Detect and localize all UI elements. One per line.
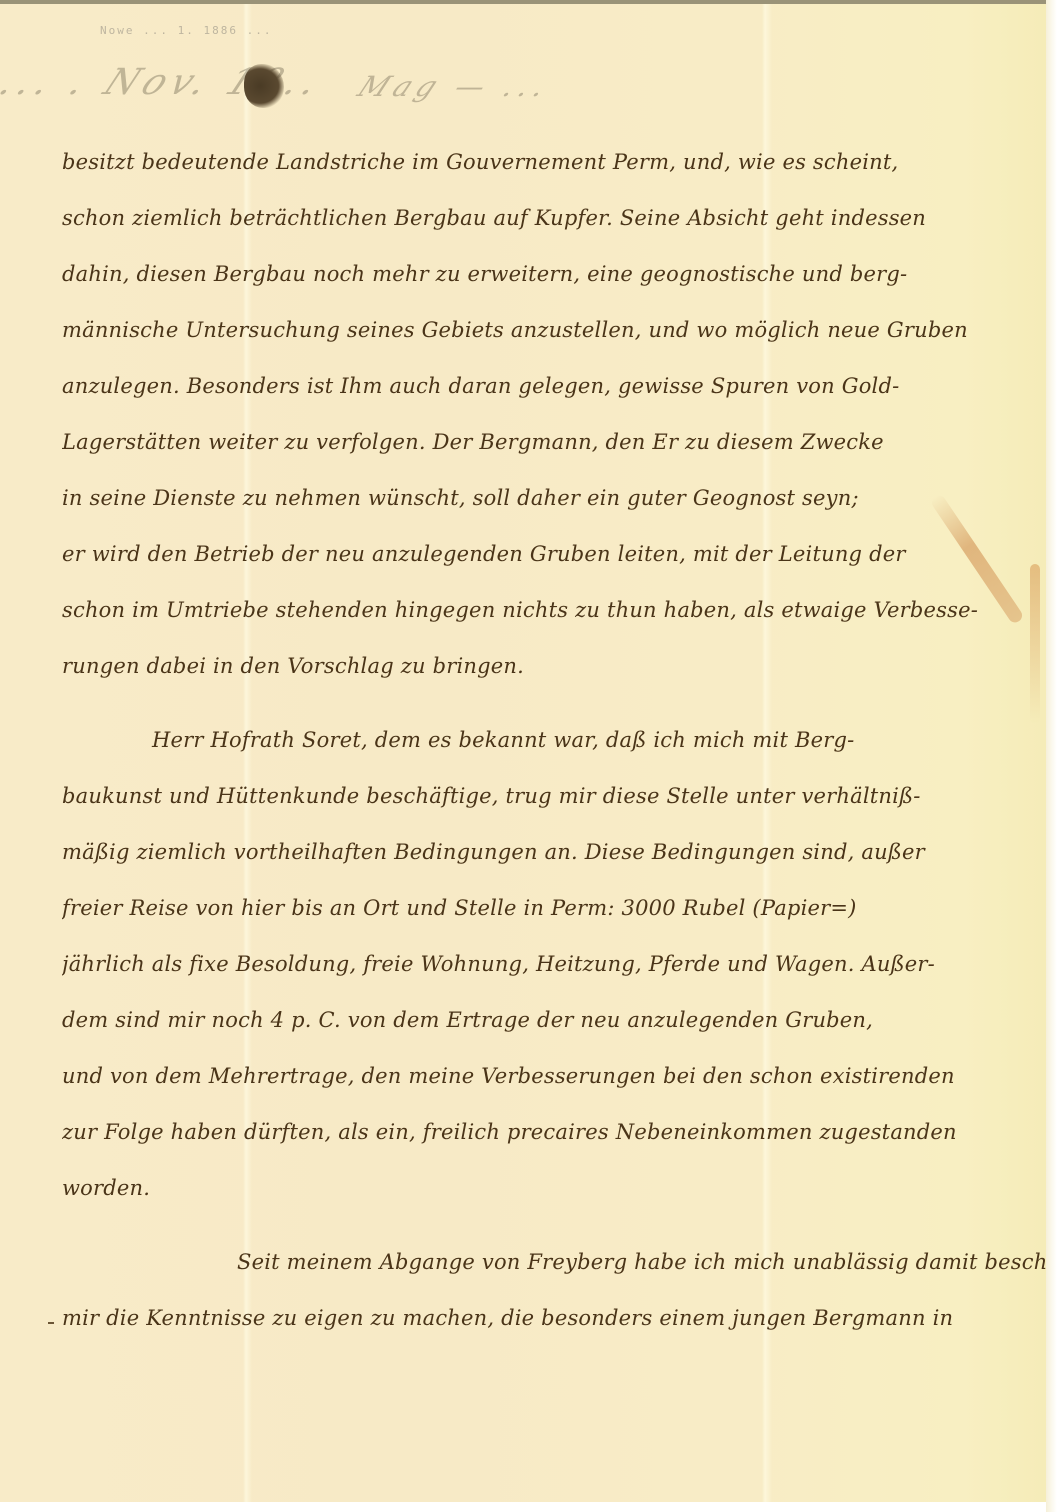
bleed-through-header: ... . Nov. 18.. Mag — ...	[0, 62, 1064, 112]
letter-line: mir die Kenntnisse zu eigen zu machen, d…	[62, 1290, 1052, 1346]
letter-line: rungen dabei in den Vorschlag zu bringen…	[62, 638, 1052, 694]
letter-line: freier Reise von hier bis an Ort und Ste…	[62, 880, 1052, 936]
letter-line: und von dem Mehrertrage, den meine Verbe…	[62, 1048, 1052, 1104]
letter-line: dem sind mir noch 4 p. C. von dem Ertrag…	[62, 992, 1052, 1048]
letter-line: schon im Umtriebe stehenden hingegen nic…	[62, 582, 1052, 638]
letter-line: schon ziemlich beträchtlichen Bergbau au…	[62, 190, 1052, 246]
letter-line: er wird den Betrieb der neu anzulegenden…	[62, 526, 1052, 582]
letter-page: Nowe ... 1. 1886 ... ... . Nov. 18.. Mag…	[0, 0, 1046, 1502]
ink-dash-mark	[48, 1322, 54, 1324]
letter-line: jährlich als fixe Besoldung, freie Wohnu…	[62, 936, 1052, 992]
letter-line: Lagerstätten weiter zu verfolgen. Der Be…	[62, 414, 1052, 470]
letter-line: dahin, diesen Bergbau noch mehr zu erwei…	[62, 246, 1052, 302]
letter-line: in seine Dienste zu nehmen wünscht, soll…	[62, 470, 1052, 526]
letter-line: anzulegen. Besonders ist Ihm auch daran …	[62, 358, 1052, 414]
letter-line: mäßig ziemlich vortheilhaften Bedingunge…	[62, 824, 1052, 880]
letter-line: besitzt bedeutende Landstriche im Gouver…	[62, 134, 1052, 190]
letter-line: männische Untersuchung seines Gebiets an…	[62, 302, 1052, 358]
letter-line: worden.	[62, 1160, 1052, 1216]
letter-line-paragraph-start: Seit meinem Abgange von Freyberg habe ic…	[62, 1234, 1052, 1290]
letter-line: zur Folge haben dürften, als ein, freili…	[62, 1104, 1052, 1160]
letter-line-paragraph-start: Herr Hofrath Soret, dem es bekannt war, …	[62, 712, 1052, 768]
letter-line: baukunst und Hüttenkunde beschäftige, tr…	[62, 768, 1052, 824]
scan-edge	[1046, 0, 1064, 1512]
letter-body: besitzt bedeutende Landstriche im Gouver…	[62, 134, 1052, 1346]
bleed-through-right: Mag — ...	[353, 70, 558, 103]
ink-blot	[244, 64, 284, 108]
archive-pencil-note: Nowe ... 1. 1886 ...	[100, 24, 272, 37]
